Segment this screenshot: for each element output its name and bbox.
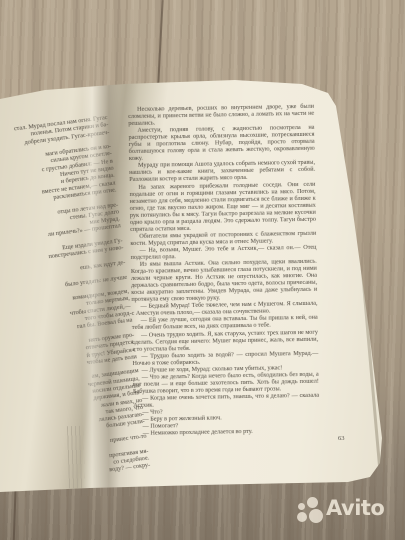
avito-logo-dot [297, 512, 307, 522]
avito-logo-dot [309, 509, 323, 523]
book-paragraph: На запах жареного прибежали голодные сос… [129, 180, 316, 233]
avito-logo-dot [298, 503, 305, 510]
book-paragraph: Аместуи, подняв голову, с жадностью посм… [128, 124, 315, 162]
book-gutter-shadow [82, 80, 138, 492]
page-block-edges [67, 426, 85, 489]
page-number: 63 [338, 435, 345, 442]
right-page-text: Несколько деревьев, росших во внутреннем… [128, 103, 320, 437]
avito-logo-dot [307, 497, 318, 508]
avito-watermark: Avito [292, 493, 402, 535]
avito-wordmark: Avito [326, 496, 384, 520]
book-paragraph: Из ямы вышла Астхик. Она сильно похудела… [131, 258, 318, 304]
